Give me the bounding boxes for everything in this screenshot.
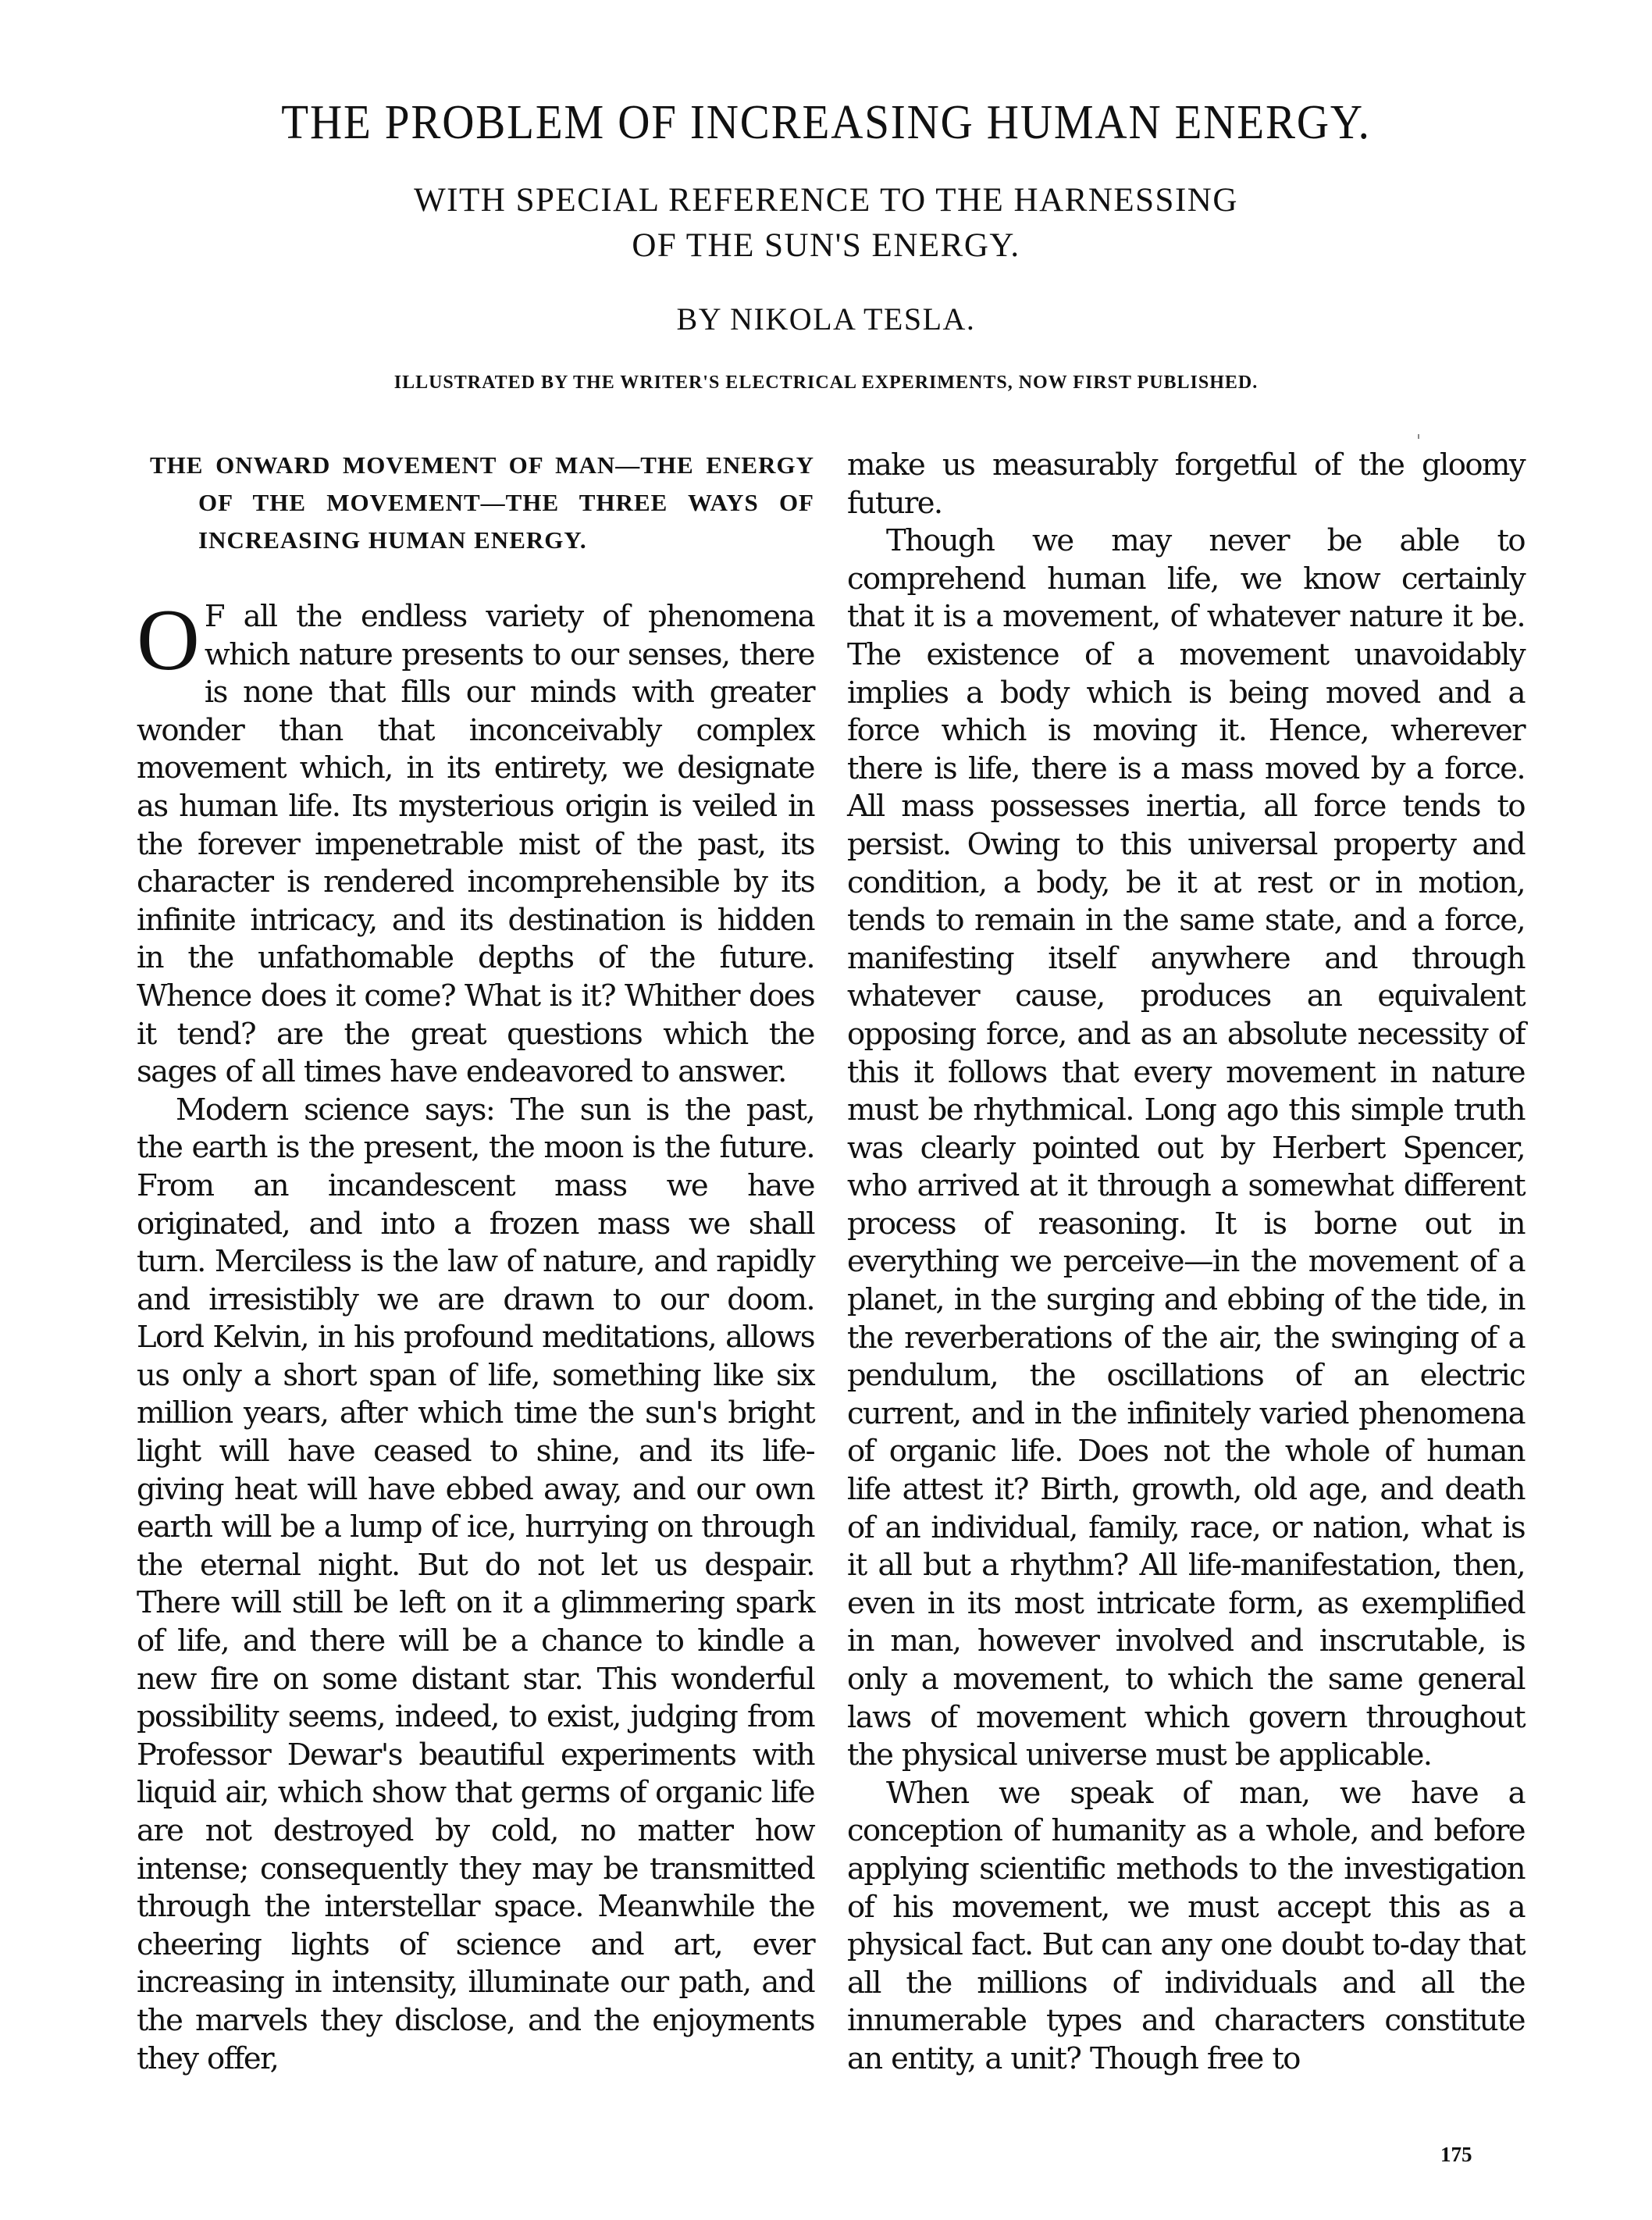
paragraph-text: F all the endless variety of phenomena w…	[137, 599, 814, 1089]
left-column: THE ONWARD MOVEMENT OF MAN—THE ENERGY OF…	[137, 447, 814, 2078]
paragraph: OF all the endless variety of phenomena …	[137, 598, 814, 1092]
section-heading: THE ONWARD MOVEMENT OF MAN—THE ENERGY OF…	[150, 447, 814, 559]
subtitle-line-2: OF THE SUN'S ENERGY.	[0, 223, 1652, 269]
paragraph: Modern science says: The sun is the past…	[137, 1092, 814, 2078]
subtitle-line-1: WITH SPECIAL REFERENCE TO THE HARNESSING	[0, 178, 1652, 223]
paragraph: Though we may never be able to comprehen…	[847, 522, 1525, 1775]
illustrated-note: ILLUSTRATED BY THE WRITER'S ELECTRICAL E…	[0, 372, 1652, 394]
page-number: 175	[1440, 2143, 1472, 2167]
drop-cap: O	[137, 606, 200, 675]
right-column: make us measurably forgetful of the gloo…	[847, 447, 1525, 2079]
paragraph: make us measurably forgetful of the gloo…	[847, 447, 1525, 522]
article-subtitle: WITH SPECIAL REFERENCE TO THE HARNESSING…	[0, 178, 1652, 269]
article-title: THE PROBLEM OF INCREASING HUMAN ENERGY.	[66, 95, 1586, 151]
byline: BY NIKOLA TESLA.	[0, 301, 1652, 337]
paragraph: When we speak of man, we have a concepti…	[847, 1775, 1525, 2079]
scan-speck	[1418, 434, 1419, 439]
